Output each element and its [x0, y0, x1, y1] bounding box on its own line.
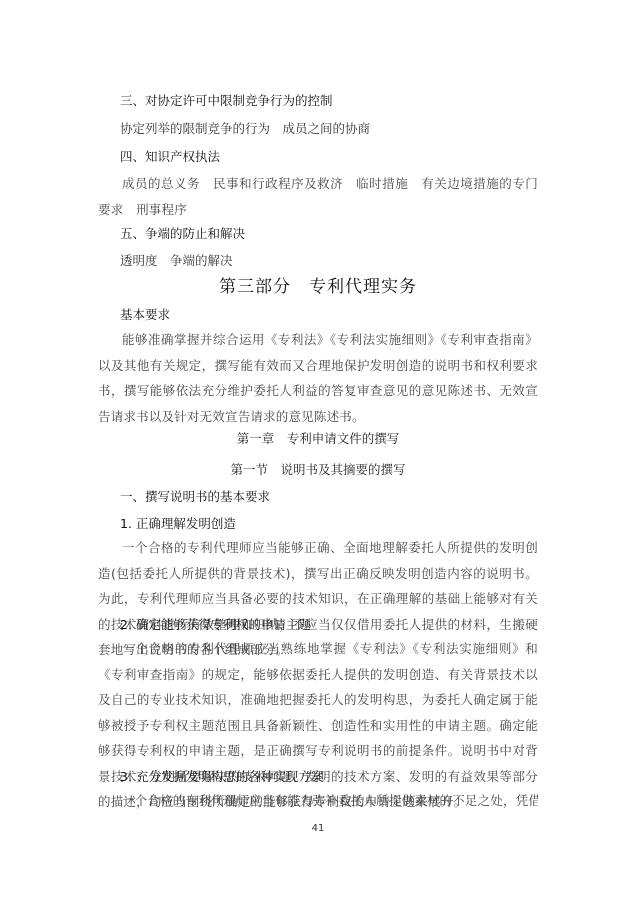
- item-2-title: 2. 确定能够获得专利权的申请主题: [120, 617, 560, 633]
- item-3-text: 一个合格的专利代理师应当有能力弥补委托人所提供素材的不足之处，凭借自己的专业: [98, 788, 538, 814]
- part-title: 第三部分 专利代理实务: [0, 272, 636, 297]
- page-number: 41: [0, 823, 636, 834]
- heading-3-body: 协定列举的限制竞争的行为 成员之间的协商: [120, 121, 560, 137]
- basic-requirements-label: 基本要求: [120, 307, 560, 323]
- heading-5: 五、争端的防止和解决: [120, 226, 560, 242]
- heading-1: 一、撰写说明书的基本要求: [120, 489, 560, 505]
- item-3-title: 3. 充分发掘发明构思的各种实现方案: [120, 769, 560, 785]
- heading-4-body: 成员的总义务 民事和行政程序及救济 临时措施 有关边境措施的专门要求 刑事程序: [98, 171, 538, 222]
- item-1-title: 1. 正确理解发明创造: [120, 516, 560, 532]
- heading-3: 三、对协定许可中限制竞争行为的控制: [120, 93, 560, 109]
- heading-5-body: 透明度 争端的解决: [120, 253, 560, 269]
- section-title: 第一节 说明书及其摘要的撰写: [0, 460, 636, 478]
- chapter-title: 第一章 专利申请文件的撰写: [0, 429, 636, 447]
- heading-4: 四、知识产权执法: [120, 149, 560, 165]
- basic-requirements-text: 能够准确掌握并综合运用《专利法》《专利法实施细则》《专利审查指南》以及其他有关规…: [98, 327, 538, 429]
